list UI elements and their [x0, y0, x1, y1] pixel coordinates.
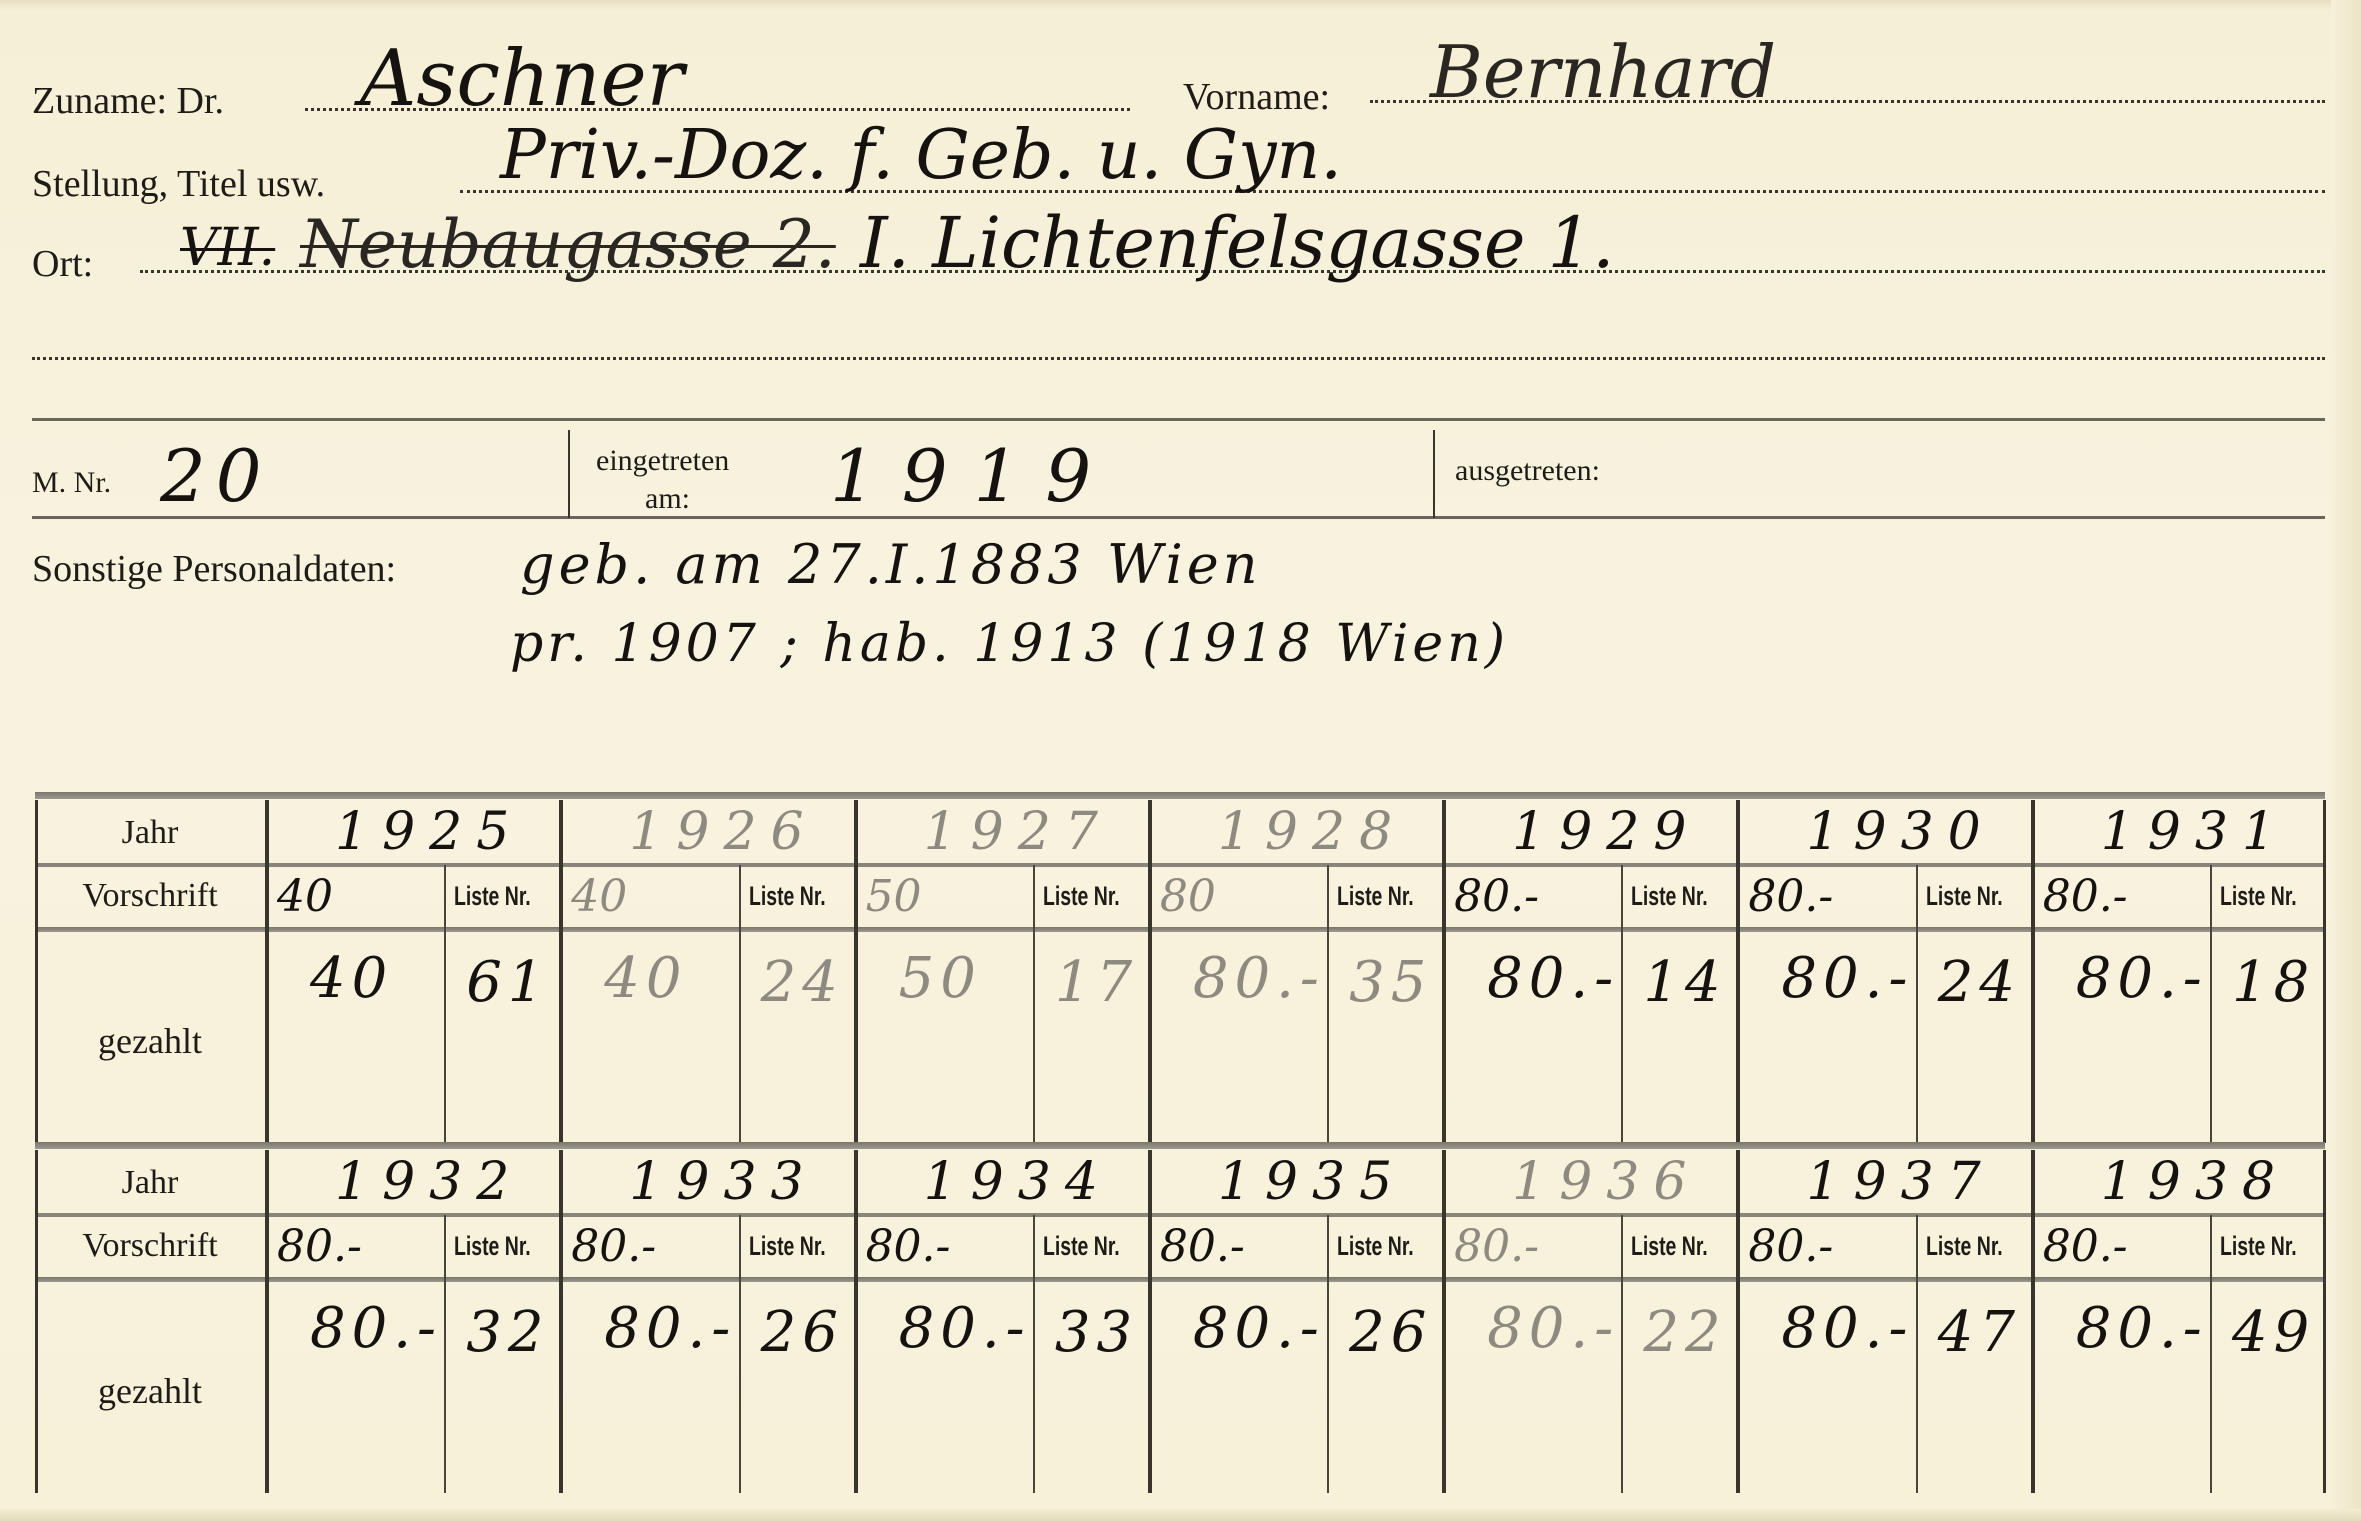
eingetreten-label: eingetreten: [596, 446, 729, 476]
upper-vorschrift-1925: 40: [277, 875, 333, 919]
upper-right-border: [2323, 800, 2326, 1143]
personal-data-line-2: pr. 1907 ; hab. 1913 (1918 Wien): [510, 618, 1509, 670]
lower-year-1938: 1938: [2101, 1156, 2289, 1208]
upper-year-divider: [1148, 800, 1152, 1143]
upper-liste-divider: [1327, 865, 1329, 1143]
lower-gezahlt-1937: 80.-: [1781, 1301, 1913, 1357]
membership-card: Zuname: Dr. Aschner Vorname: Bernhard St…: [0, 0, 2361, 1521]
upper-liste-divider: [444, 865, 446, 1143]
upper-liste-nr-1927: 17: [1055, 955, 1138, 1011]
eingetreten-label-am: am:: [645, 484, 690, 514]
upper-liste-nr-1928: 35: [1349, 955, 1432, 1011]
upper-year-divider: [2031, 800, 2035, 1143]
lower-year-1937: 1937: [1806, 1156, 1994, 1208]
zuname-label: Zuname: Dr.: [32, 82, 224, 120]
upper-year-1930: 1930: [1806, 806, 1994, 858]
upper-liste-label: Liste Nr.: [1043, 883, 1120, 910]
lower-gezahlt-1932: 80.-: [310, 1301, 442, 1357]
upper-liste-nr-1925: 61: [466, 955, 549, 1011]
upper-liste-divider: [1033, 865, 1035, 1143]
lower-liste-divider: [1033, 1215, 1035, 1493]
upper-jahr-label: Jahr: [35, 816, 265, 850]
lower-vorschrift-1932: 80.-: [277, 1225, 362, 1269]
stellung-label: Stellung, Titel usw.: [32, 165, 325, 203]
lower-year-divider: [1148, 1150, 1152, 1493]
membership-divider-1: [568, 430, 570, 518]
lower-label-divider: [265, 1150, 269, 1493]
upper-liste-label: Liste Nr.: [1337, 883, 1414, 910]
lower-gezahlt-label: gezahlt: [35, 1373, 265, 1409]
upper-vorschrift-1931: 80.-: [2043, 875, 2128, 919]
upper-liste-label: Liste Nr.: [454, 883, 531, 910]
upper-liste-nr-1930: 24: [1938, 955, 2021, 1011]
upper-year-divider: [559, 800, 563, 1143]
upper-year-1926: 1926: [629, 806, 817, 858]
upper-vorschrift-1927: 50: [866, 875, 922, 919]
upper-vorschrift-1928: 80: [1160, 875, 1216, 919]
mnr-value: 20: [160, 440, 272, 512]
lower-liste-label: Liste Nr.: [1043, 1233, 1120, 1260]
upper-liste-nr-1931: 18: [2232, 955, 2315, 1011]
lower-liste-nr-1934: 33: [1055, 1305, 1138, 1361]
lower-liste-divider: [1916, 1215, 1918, 1493]
upper-vorschrift-1930: 80.-: [1748, 875, 1833, 919]
mnr-label: M. Nr.: [32, 468, 111, 498]
lower-gezahlt-1935: 80.-: [1193, 1301, 1325, 1357]
upper-vorschrift-divider: [35, 927, 2325, 932]
lower-vorschrift-label: Vorschrift: [35, 1229, 265, 1263]
lower-liste-label: Liste Nr.: [2220, 1233, 2297, 1260]
ort-new-address: I. Lichtenfelsgasse 1.: [860, 208, 1614, 278]
lower-table-top-bar: [35, 1142, 2325, 1149]
upper-gezahlt-1925: 40: [310, 951, 393, 1007]
lower-liste-nr-1937: 47: [1938, 1305, 2021, 1361]
lower-liste-divider: [1327, 1215, 1329, 1493]
lower-year-1936: 1936: [1512, 1156, 1700, 1208]
lower-vorschrift-1934: 80.-: [866, 1225, 951, 1269]
upper-jahr-divider: [35, 863, 2325, 867]
upper-liste-label: Liste Nr.: [1926, 883, 2003, 910]
lower-year-divider: [559, 1150, 563, 1493]
lower-year-1933: 1933: [629, 1156, 817, 1208]
upper-liste-divider: [1916, 865, 1918, 1143]
eingetreten-value: 1919: [830, 440, 1117, 512]
lower-year-divider: [2031, 1150, 2035, 1493]
upper-year-1927: 1927: [924, 806, 1112, 858]
upper-year-1928: 1928: [1218, 806, 1406, 858]
upper-liste-nr-1926: 24: [761, 955, 844, 1011]
upper-liste-label: Liste Nr.: [1631, 883, 1708, 910]
lower-liste-nr-1938: 49: [2232, 1305, 2315, 1361]
upper-left-border: [35, 800, 38, 1143]
upper-vorschrift-label: Vorschrift: [35, 879, 265, 913]
upper-gezahlt-1930: 80.-: [1781, 951, 1913, 1007]
upper-gezahlt-1928: 80.-: [1193, 951, 1325, 1007]
lower-liste-label: Liste Nr.: [1337, 1233, 1414, 1260]
lower-jahr-divider: [35, 1213, 2325, 1217]
upper-year-divider: [1736, 800, 1740, 1143]
lower-vorschrift-divider: [35, 1277, 2325, 1282]
upper-vorschrift-1926: 40: [571, 875, 627, 919]
lower-liste-label: Liste Nr.: [454, 1233, 531, 1260]
lower-liste-nr-1933: 26: [761, 1305, 844, 1361]
lower-year-1932: 1932: [335, 1156, 523, 1208]
lower-vorschrift-1936: 80.-: [1454, 1225, 1539, 1269]
personal-data-line-1: geb. am 27.I.1883 Wien: [520, 538, 1262, 592]
lower-year-divider: [1442, 1150, 1446, 1493]
lower-vorschrift-1938: 80.-: [2043, 1225, 2128, 1269]
lower-liste-label: Liste Nr.: [1631, 1233, 1708, 1260]
upper-gezahlt-1929: 80.-: [1487, 951, 1619, 1007]
upper-year-1931: 1931: [2101, 806, 2289, 858]
lower-right-border: [2323, 1150, 2326, 1493]
upper-liste-divider: [739, 865, 741, 1143]
membership-top-rule: [32, 418, 2325, 421]
lower-liste-divider: [444, 1215, 446, 1493]
lower-vorschrift-1935: 80.-: [1160, 1225, 1245, 1269]
lower-year-1934: 1934: [924, 1156, 1112, 1208]
stellung-value: Priv.-Doz. f. Geb. u. Gyn.: [500, 122, 1342, 190]
upper-liste-divider: [2210, 865, 2212, 1143]
upper-gezahlt-1927: 50: [899, 951, 982, 1007]
ort-label: Ort:: [32, 245, 93, 283]
upper-gezahlt-label: gezahlt: [35, 1023, 265, 1059]
lower-vorschrift-1933: 80.-: [571, 1225, 656, 1269]
lower-liste-label: Liste Nr.: [749, 1233, 826, 1260]
lower-gezahlt-1934: 80.-: [899, 1301, 1031, 1357]
lower-jahr-label: Jahr: [35, 1166, 265, 1200]
upper-year-1929: 1929: [1512, 806, 1700, 858]
membership-divider-2: [1433, 430, 1435, 518]
card-edge-right: [2331, 0, 2361, 1521]
membership-bottom-rule: [32, 516, 2325, 519]
lower-vorschrift-1937: 80.-: [1748, 1225, 1833, 1269]
personal-data-label: Sonstige Personaldaten:: [32, 550, 396, 588]
upper-year-divider: [1442, 800, 1446, 1143]
upper-liste-divider: [1621, 865, 1623, 1143]
lower-year-divider: [1736, 1150, 1740, 1493]
lower-year-divider: [854, 1150, 858, 1493]
upper-vorschrift-1929: 80.-: [1454, 875, 1539, 919]
upper-gezahlt-1926: 40: [604, 951, 687, 1007]
upper-label-divider: [265, 800, 269, 1143]
card-edge-top: [0, 0, 2361, 10]
card-edge-bottom: [0, 1509, 2361, 1521]
lower-left-border: [35, 1150, 38, 1493]
zuname-value: Aschner: [360, 40, 684, 118]
vorname-value: Bernhard: [1430, 36, 1776, 108]
ort-street-old: Neubaugasse 2.: [300, 212, 836, 278]
upper-liste-label: Liste Nr.: [2220, 883, 2297, 910]
upper-liste-nr-1929: 14: [1643, 955, 1726, 1011]
ort-district-old: VII.: [180, 222, 275, 274]
lower-gezahlt-1938: 80.-: [2076, 1301, 2208, 1357]
upper-year-1925: 1925: [335, 806, 523, 858]
upper-table-top-bar: [35, 792, 2325, 799]
lower-gezahlt-1933: 80.-: [604, 1301, 736, 1357]
lower-year-1935: 1935: [1218, 1156, 1406, 1208]
lower-liste-divider: [739, 1215, 741, 1493]
lower-liste-nr-1936: 22: [1643, 1305, 1726, 1361]
upper-liste-label: Liste Nr.: [749, 883, 826, 910]
lower-liste-divider: [1621, 1215, 1623, 1493]
lower-liste-label: Liste Nr.: [1926, 1233, 2003, 1260]
ausgetreten-label: ausgetreten:: [1455, 456, 1600, 486]
lower-gezahlt-1936: 80.-: [1487, 1301, 1619, 1357]
upper-gezahlt-1931: 80.-: [2076, 951, 2208, 1007]
upper-year-divider: [854, 800, 858, 1143]
blank-line: [32, 357, 2325, 360]
lower-liste-nr-1935: 26: [1349, 1305, 1432, 1361]
vorname-label: Vorname:: [1183, 78, 1330, 116]
lower-liste-divider: [2210, 1215, 2212, 1493]
lower-liste-nr-1932: 32: [466, 1305, 549, 1361]
